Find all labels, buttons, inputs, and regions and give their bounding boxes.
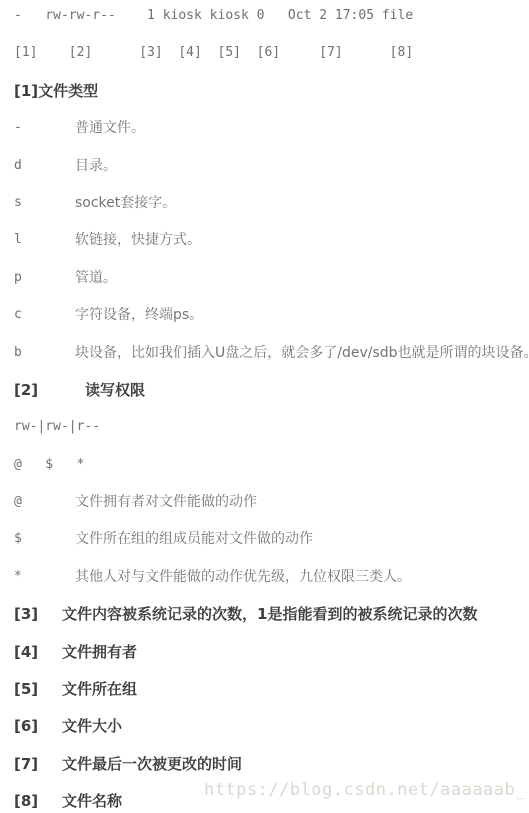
section-heading-file-type: [1]文件类型	[14, 83, 529, 99]
file-type-description: 目录。	[75, 158, 529, 174]
file-type-symbol: d	[14, 158, 75, 174]
file-type-symbol: p	[14, 270, 75, 286]
permission-description: 文件拥有者对文件能做的动作	[75, 494, 529, 510]
file-type-row: - 普通文件。	[14, 120, 529, 136]
section-heading-text: 文件拥有者	[62, 644, 529, 660]
file-type-description: 块设备，比如我们插入U盘之后，就会多了/dev/sdb也就是所谓的块设备。	[75, 345, 529, 361]
article-body: - rw-rw-r-- 1 kiosk kiosk 0 Oct 2 17:05 …	[0, 0, 529, 809]
section-heading-text: 读写权限	[85, 382, 529, 398]
section-heading-group: [5] 文件所在组	[14, 681, 529, 697]
section-heading-number: [3]	[14, 606, 62, 622]
file-type-description: 管道。	[75, 270, 529, 286]
file-type-symbol: c	[14, 307, 75, 323]
file-type-description: 普通文件。	[75, 120, 529, 136]
section-heading-mtime: [7] 文件最后一次被更改的时间	[14, 756, 529, 772]
permission-row: @ 文件拥有者对文件能做的动作	[14, 494, 529, 510]
section-heading-link-count: [3] 文件内容被系统记录的次数，1是指能看到的被系统记录的次数	[14, 606, 529, 622]
permission-symbols-line: @ $ *	[14, 457, 529, 473]
file-type-symbol: b	[14, 345, 75, 361]
permission-symbol: $	[14, 531, 75, 547]
file-type-row: c 字符设备，终端ps。	[14, 307, 529, 323]
section-heading-number: [7]	[14, 756, 62, 772]
file-type-row: d 目录。	[14, 158, 529, 174]
file-type-row: p 管道。	[14, 270, 529, 286]
permission-string-line: rw-|rw-|r--	[14, 419, 529, 435]
file-type-symbol: -	[14, 120, 75, 136]
section-heading-text: 文件大小	[62, 718, 529, 734]
section-heading-text: 文件所在组	[62, 681, 529, 697]
file-type-description: 字符设备，终端ps。	[75, 307, 529, 323]
section-heading-text: 文件最后一次被更改的时间	[62, 756, 529, 772]
section-heading-number: [8]	[14, 793, 62, 809]
permission-description: 文件所在组的组成员能对文件做的动作	[75, 531, 529, 547]
permission-row: $ 文件所在组的组成员能对文件做的动作	[14, 531, 529, 547]
section-heading-number: [6]	[14, 718, 62, 734]
section-heading-owner: [4] 文件拥有者	[14, 644, 529, 660]
file-type-row: l 软链接，快捷方式。	[14, 232, 529, 248]
section-heading-number: [4]	[14, 644, 62, 660]
csdn-blog-watermark: https://blog.csdn.net/aaaaaab_	[204, 780, 526, 800]
ls-field-index-line: [1] [2] [3] [4] [5] [6] [7] [8]	[14, 45, 529, 61]
ls-output-line: - rw-rw-r-- 1 kiosk kiosk 0 Oct 2 17:05 …	[14, 8, 529, 24]
section-heading-size: [6] 文件大小	[14, 718, 529, 734]
file-type-symbol: s	[14, 195, 75, 211]
section-heading-number: [5]	[14, 681, 62, 697]
file-type-description: socket套接字。	[75, 195, 529, 211]
section-heading-text: 文件内容被系统记录的次数，1是指能看到的被系统记录的次数	[62, 606, 529, 622]
permission-symbol: @	[14, 494, 75, 510]
file-type-symbol: l	[14, 232, 75, 248]
section-heading-permissions: [2] 读写权限	[14, 382, 529, 398]
permission-symbol: *	[14, 569, 75, 585]
section-heading-number: [2]	[14, 382, 85, 398]
permission-description: 其他人对与文件能做的动作优先级，九位权限三类人。	[75, 569, 529, 585]
file-type-row: s socket套接字。	[14, 195, 529, 211]
file-type-row: b 块设备，比如我们插入U盘之后，就会多了/dev/sdb也就是所谓的块设备。	[14, 345, 529, 361]
permission-row: * 其他人对与文件能做的动作优先级，九位权限三类人。	[14, 569, 529, 585]
file-type-description: 软链接，快捷方式。	[75, 232, 529, 248]
